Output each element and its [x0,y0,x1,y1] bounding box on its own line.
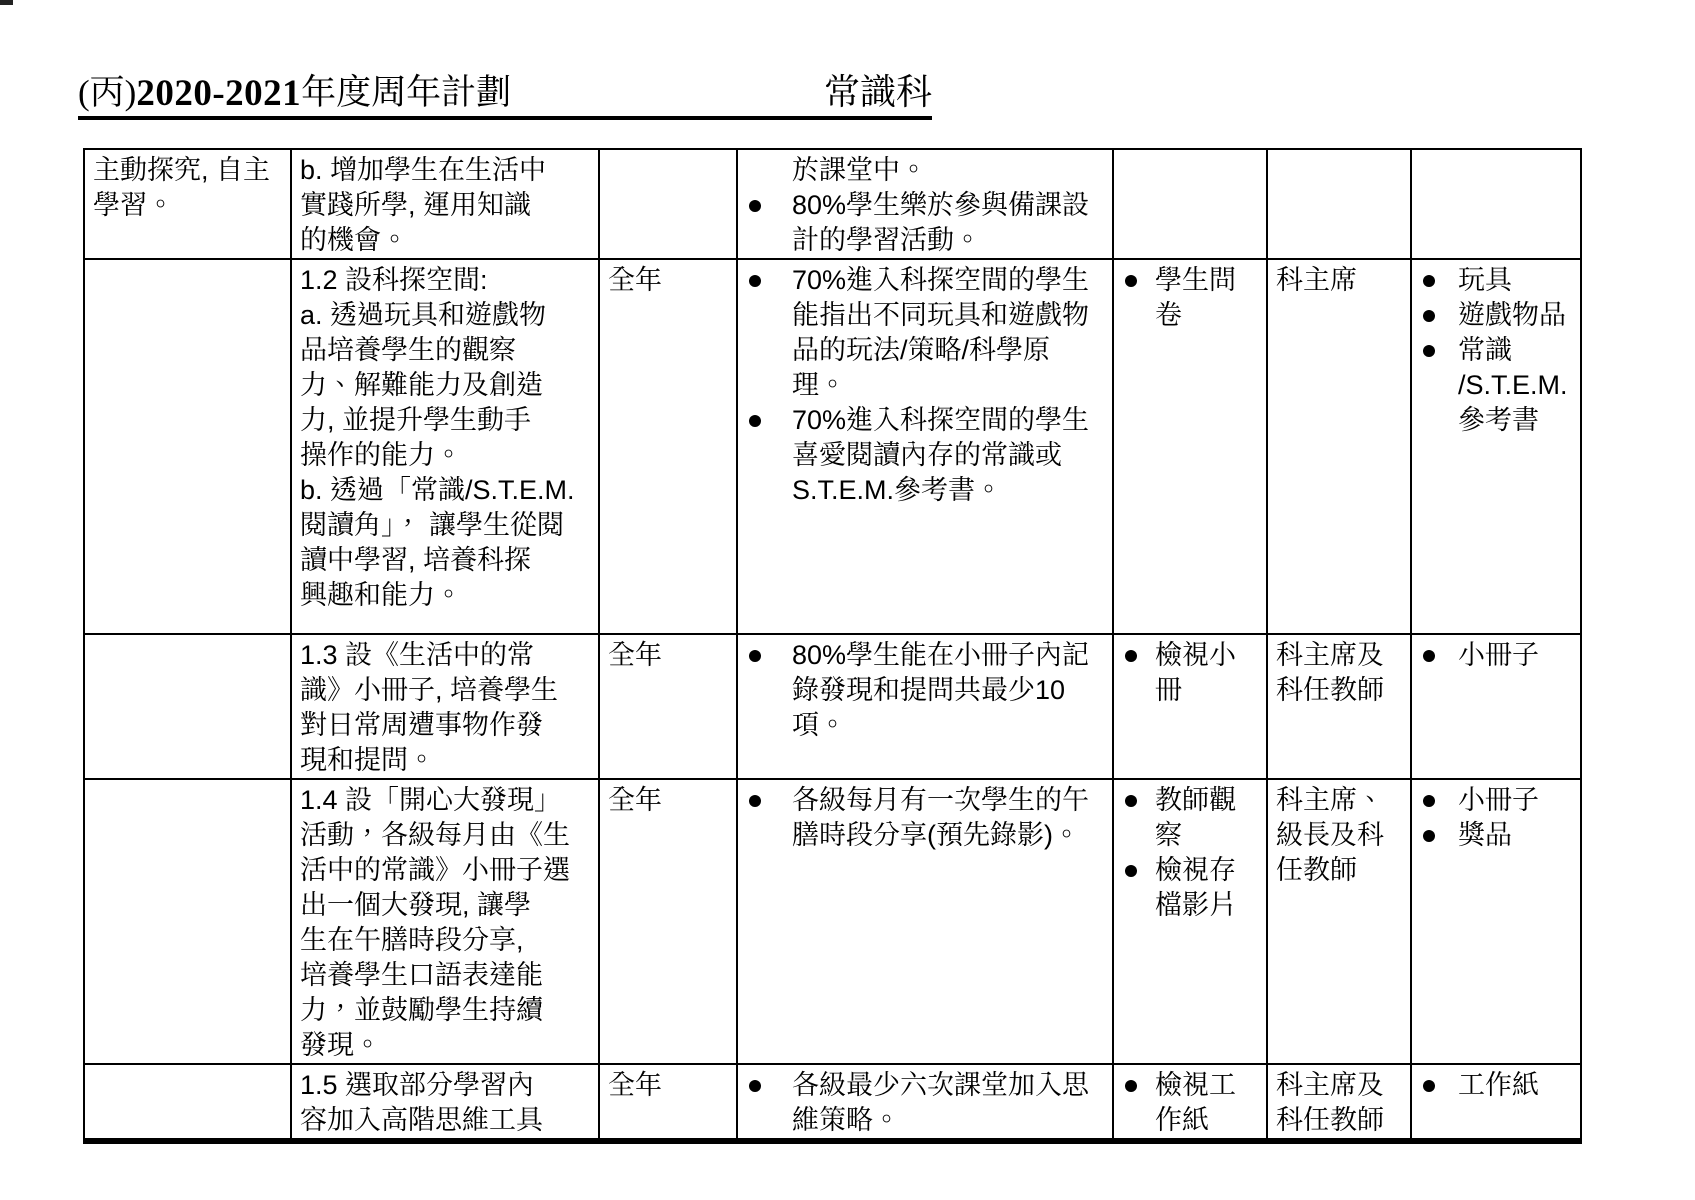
time-cell: 全年 [599,1064,737,1141]
responsible-cell [1267,149,1411,259]
goal-cell [84,259,291,634]
evaluation-cell: 教師觀 察 檢視存 檔影片 [1113,779,1267,1064]
list-item: 檢視小 冊 [1122,638,1260,708]
responsible-cell: 科主席、 級長及科 任教師 [1267,779,1411,1064]
list-item-text: 工作紙 [1458,1068,1574,1103]
list-item: 小冊子 [1420,638,1574,673]
list-item: 70%進入科探空間的學生 喜愛閱讀內存的常識或 S.T.E.M.參考書。 [746,403,1106,508]
table-row: 主動探究, 自主 學習。 b. 增加學生在生活中 實踐所學, 運用知識 的機會。… [84,149,1581,259]
bullet-icon [1122,853,1155,877]
list-item: 常識 /S.T.E.M. 參考書 [1420,333,1574,438]
table-row: 1.2 設科探空間: a. 透過玩具和遊戲物 品培養學生的觀察 力、解難能力及創… [84,259,1581,634]
cell-text: 主動探究, 自主 學習。 [93,153,284,223]
title-year: 2020-2021 [136,75,301,112]
resources-cell: 工作紙 [1411,1064,1581,1141]
bullet-icon [1122,783,1155,807]
list-item-text: 70%進入科探空間的學生 喜愛閱讀內存的常識或 S.T.E.M.參考書。 [792,403,1106,508]
list-item: 學生問 卷 [1122,263,1260,333]
list-item: 80%學生樂於參與備課設 計的學習活動。 [746,188,1106,258]
list-item-text: 常識 /S.T.E.M. 參考書 [1458,333,1574,438]
document-page: (丙) 2020-2021 年度周年計劃 常識科 主動探究, 自主 學習。 b.… [0,0,1695,1200]
cell-text: 1.2 設科探空間: a. 透過玩具和遊戲物 品培養學生的觀察 力、解難能力及創… [300,263,592,613]
goal-cell [84,1064,291,1141]
bullet-icon [1420,263,1458,287]
list-item-text: 遊戲物品 [1458,298,1574,333]
list-item: 各級最少六次課堂加入思 維策略。 [746,1068,1106,1138]
list-item-text: 70%進入科探空間的學生 能指出不同玩具和遊戲物 品的玩法/策略/科學原 理。 [792,263,1106,403]
success-criteria-cell: 各級最少六次課堂加入思 維策略。 [737,1064,1113,1141]
list-item-text: 各級最少六次課堂加入思 維策略。 [792,1068,1106,1138]
cell-text: 1.5 選取部分學習內 容加入高階思維工具 [300,1068,592,1138]
bullet-icon [746,1068,792,1092]
strategy-cell: b. 增加學生在生活中 實踐所學, 運用知識 的機會。 [291,149,599,259]
strategy-cell: 1.4 設「開心大發現」 活動，各級每月由《生 活中的常識》小冊子選 出一個大發… [291,779,599,1064]
time-cell [599,149,737,259]
cell-text: 全年 [608,1068,730,1103]
evaluation-cell: 檢視小 冊 [1113,634,1267,779]
bullet-icon [1420,298,1458,322]
bullet-icon [746,638,792,662]
list-item: 檢視工 作紙 [1122,1068,1260,1138]
title-text: 年度周年計劃 [301,75,511,112]
bullet-icon [1420,818,1458,842]
bullet-icon [746,188,792,212]
resources-cell: 小冊子 [1411,634,1581,779]
success-criteria-cell: 各級每月有一次學生的午 膳時段分享(預先錄影)。 [737,779,1113,1064]
list-item: 獎品 [1420,818,1574,853]
evaluation-cell: 學生問 卷 [1113,259,1267,634]
goal-cell [84,779,291,1064]
table-row: 1.5 選取部分學習內 容加入高階思維工具 全年 各級最少六次課堂加入思 維策略… [84,1064,1581,1141]
success-criteria-cell: 70%進入科探空間的學生 能指出不同玩具和遊戲物 品的玩法/策略/科學原 理。 … [737,259,1113,634]
title-subject: 常識科 [824,74,932,112]
list-item-text: 各級每月有一次學生的午 膳時段分享(預先錄影)。 [792,783,1106,853]
resources-cell: 玩具 遊戲物品 常識 /S.T.E.M. 參考書 [1411,259,1581,634]
title-section-label: (丙) [78,75,136,112]
bullet-icon [1420,783,1458,807]
list-item-text: 於課堂中。 [792,153,1106,188]
list-item-text: 檢視存 檔影片 [1155,853,1260,923]
list-item-text: 80%學生能在小冊子內記 錄發現和提問共最少10 項。 [792,638,1106,743]
responsible-cell: 科主席 [1267,259,1411,634]
bullet-icon [1420,333,1458,357]
annual-plan-table: 主動探究, 自主 學習。 b. 增加學生在生活中 實踐所學, 運用知識 的機會。… [83,148,1582,1144]
list-item: 80%學生能在小冊子內記 錄發現和提問共最少10 項。 [746,638,1106,743]
bullet-icon [746,263,792,287]
list-item: 工作紙 [1420,1068,1574,1103]
list-item-text: 小冊子 [1458,783,1574,818]
responsible-cell: 科主席及 科任教師 [1267,634,1411,779]
time-cell: 全年 [599,259,737,634]
cell-text: 科主席及 科任教師 [1276,638,1404,708]
list-item: 教師觀 察 [1122,783,1260,853]
bullet-icon [746,403,792,427]
bullet-icon [1420,1068,1458,1092]
list-item-text: 學生問 卷 [1155,263,1260,333]
list-item: 於課堂中。 [746,153,1106,188]
strategy-cell: 1.5 選取部分學習內 容加入高階思維工具 [291,1064,599,1141]
success-criteria-cell: 於課堂中。 80%學生樂於參與備課設 計的學習活動。 [737,149,1113,259]
list-item-text: 檢視小 冊 [1155,638,1260,708]
list-item-text: 獎品 [1458,818,1574,853]
list-item: 小冊子 [1420,783,1574,818]
cell-text: 科主席及 科任教師 [1276,1068,1404,1138]
cell-text: 1.4 設「開心大發現」 活動，各級每月由《生 活中的常識》小冊子選 出一個大發… [300,783,592,1063]
cell-text: 科主席、 級長及科 任教師 [1276,783,1404,888]
evaluation-cell [1113,149,1267,259]
list-item-text: 小冊子 [1458,638,1574,673]
cell-text: 全年 [608,263,730,298]
strategy-cell: 1.2 設科探空間: a. 透過玩具和遊戲物 品培養學生的觀察 力、解難能力及創… [291,259,599,634]
scan-artifact-mark [0,0,13,5]
list-item-text: 教師觀 察 [1155,783,1260,853]
evaluation-cell: 檢視工 作紙 [1113,1064,1267,1141]
list-item: 70%進入科探空間的學生 能指出不同玩具和遊戲物 品的玩法/策略/科學原 理。 [746,263,1106,403]
list-item: 各級每月有一次學生的午 膳時段分享(預先錄影)。 [746,783,1106,853]
list-item: 玩具 [1420,263,1574,298]
success-criteria-cell: 80%學生能在小冊子內記 錄發現和提問共最少10 項。 [737,634,1113,779]
list-item: 檢視存 檔影片 [1122,853,1260,923]
strategy-cell: 1.3 設《生活中的常 識》小冊子, 培養學生 對日常周遭事物作發 現和提問。 [291,634,599,779]
time-cell: 全年 [599,779,737,1064]
bullet-icon [1122,638,1155,662]
list-item-text: 80%學生樂於參與備課設 計的學習活動。 [792,188,1106,258]
list-item: 遊戲物品 [1420,298,1574,333]
cell-text: 科主席 [1276,263,1404,298]
table-row: 1.3 設《生活中的常 識》小冊子, 培養學生 對日常周遭事物作發 現和提問。 … [84,634,1581,779]
goal-cell [84,634,291,779]
resources-cell [1411,149,1581,259]
goal-cell: 主動探究, 自主 學習。 [84,149,291,259]
table-row: 1.4 設「開心大發現」 活動，各級每月由《生 活中的常識》小冊子選 出一個大發… [84,779,1581,1064]
resources-cell: 小冊子 獎品 [1411,779,1581,1064]
cell-text: 全年 [608,638,730,673]
time-cell: 全年 [599,634,737,779]
cell-text: 全年 [608,783,730,818]
bullet-icon [746,783,792,807]
document-title: (丙) 2020-2021 年度周年計劃 常識科 [78,74,932,120]
cell-text: b. 增加學生在生活中 實踐所學, 運用知識 的機會。 [300,153,592,258]
responsible-cell: 科主席及 科任教師 [1267,1064,1411,1141]
bullet-icon [1122,1068,1155,1092]
bullet-icon [1122,263,1155,287]
list-item-text: 玩具 [1458,263,1574,298]
cell-text: 1.3 設《生活中的常 識》小冊子, 培養學生 對日常周遭事物作發 現和提問。 [300,638,592,778]
list-item-text: 檢視工 作紙 [1155,1068,1260,1138]
bullet-icon [1420,638,1458,662]
